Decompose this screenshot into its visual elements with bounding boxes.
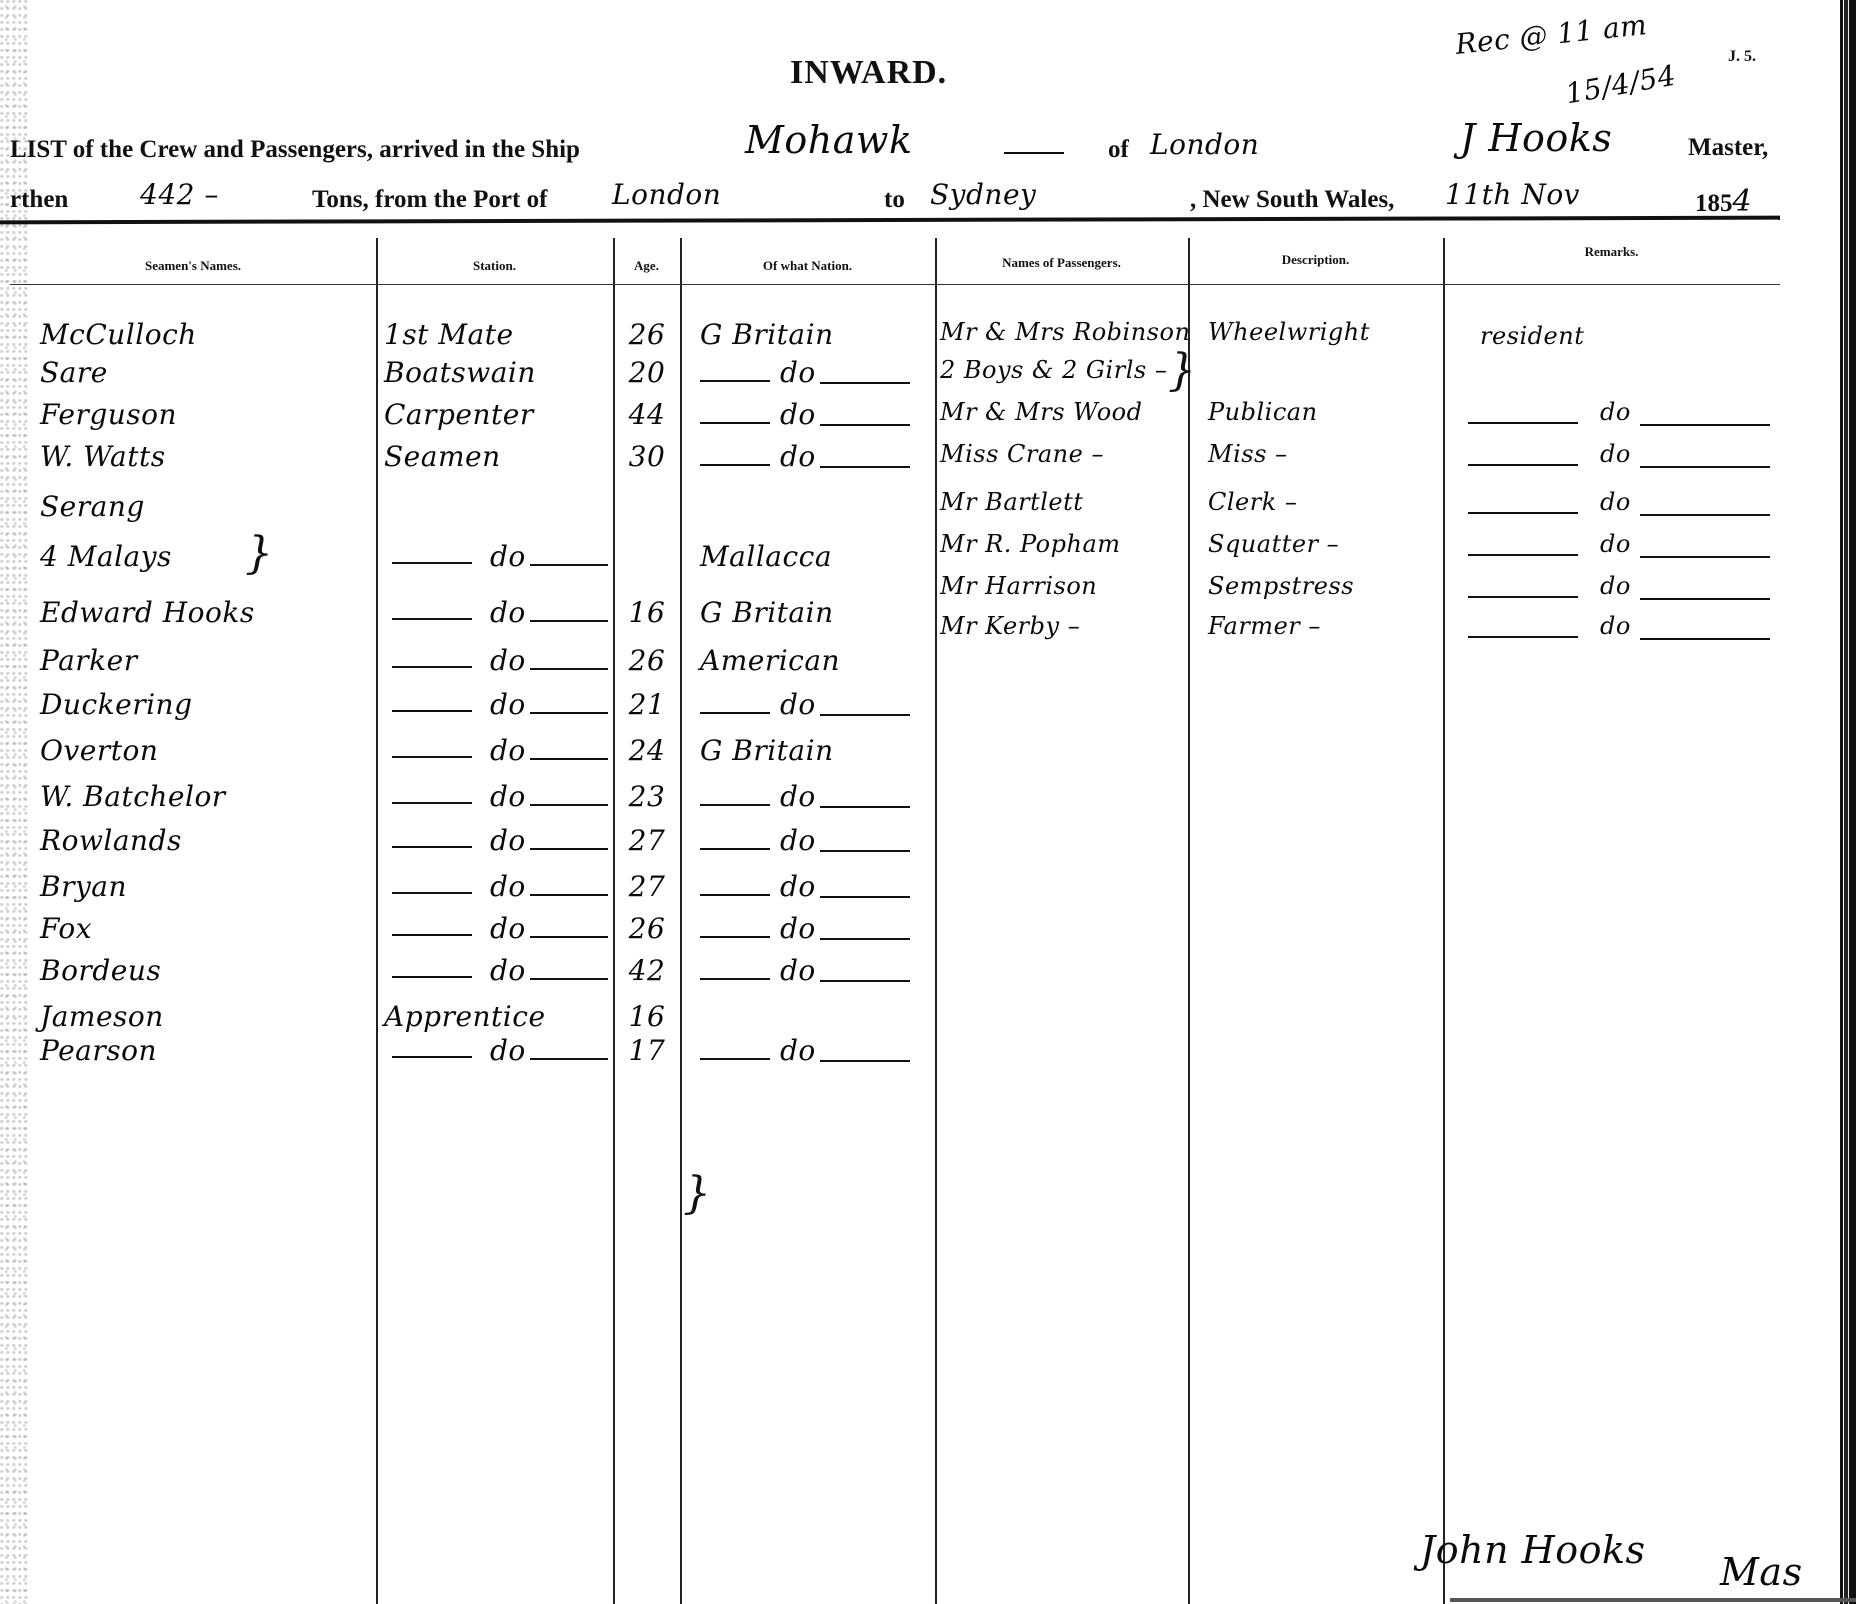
year-handwritten: 4 [1733, 184, 1753, 219]
seaman-name: W. Batchelor [40, 780, 226, 813]
passenger-name: Mr & Mrs Wood [940, 398, 1142, 426]
station: do [490, 912, 526, 945]
ditto-line [392, 562, 472, 564]
ditto-line [530, 894, 608, 896]
passenger-remarks: do [1600, 398, 1631, 426]
ship-home-port: London [1150, 128, 1259, 161]
age: 27 [616, 824, 678, 857]
ditto-line [700, 978, 770, 980]
port-from: London [612, 178, 721, 211]
master-label: Master, [1688, 134, 1768, 162]
ditto-line [1640, 514, 1770, 516]
ditto-line [820, 938, 910, 940]
ditto-line [820, 714, 910, 716]
ditto-line [700, 804, 770, 806]
station: do [490, 870, 526, 903]
age: 44 [616, 398, 678, 431]
passenger-description: Squatter – [1208, 530, 1339, 558]
station: do [490, 644, 526, 677]
col-divider [1188, 238, 1190, 1604]
colony-label: , New South Wales, [1190, 186, 1394, 214]
of-label: of [1108, 136, 1129, 164]
form-code: J. 5. [1728, 48, 1756, 66]
station: do [490, 824, 526, 857]
brace-apprentices: } [683, 1168, 711, 1219]
seaman-name: Bryan [40, 870, 127, 903]
ditto-line [700, 380, 770, 382]
ditto-line [700, 894, 770, 896]
ditto-line [820, 980, 910, 982]
station: Boatswain [384, 356, 612, 389]
ditto-line [392, 976, 472, 978]
ditto-line [530, 848, 608, 850]
passenger-remarks: resident [1480, 322, 1584, 350]
ditto-line [392, 802, 472, 804]
nation: do [780, 356, 816, 389]
ditto-line [820, 424, 910, 426]
ditto-line [530, 758, 608, 760]
tonnage: 442 – [140, 178, 219, 211]
station: Seamen [384, 440, 612, 473]
page-edge-speckle [0, 0, 28, 1604]
col-header-age: Age. [613, 258, 680, 274]
column-header-rule [10, 284, 1780, 285]
signature-title: Mas [1720, 1550, 1803, 1594]
ditto-line [700, 936, 770, 938]
ditto-line [820, 806, 910, 808]
nation: do [780, 688, 816, 721]
ditto-line [1640, 466, 1770, 468]
seaman-name: Ferguson [40, 398, 177, 431]
seaman-name: McCulloch [40, 318, 197, 351]
burthen-label: rthen [10, 186, 68, 214]
col-divider [680, 238, 682, 1604]
age: 30 [616, 440, 678, 473]
passenger-name: Mr Harrison [940, 572, 1097, 600]
nation: do [780, 954, 816, 987]
seaman-name: Parker [40, 644, 138, 677]
ditto-line [700, 464, 770, 466]
form-title: INWARD. [790, 54, 947, 92]
ditto-line [820, 1060, 910, 1062]
seaman-name: Fox [40, 912, 92, 945]
seaman-name: Bordeus [40, 954, 161, 987]
ditto-line [530, 620, 608, 622]
nation: do [780, 1034, 816, 1067]
ditto-line [530, 978, 608, 980]
ditto-line [1468, 596, 1578, 598]
passenger-name: Mr Bartlett [940, 488, 1083, 516]
age: 16 [616, 596, 678, 629]
passenger-description: Farmer – [1208, 612, 1321, 640]
ditto-line [530, 564, 608, 566]
col-header-passengers: Names of Passengers. [935, 255, 1188, 271]
col-header-seamen: Seamen's Names. [10, 258, 376, 274]
passenger-name: Miss Crane – [940, 440, 1104, 468]
passenger-remarks: do [1600, 530, 1631, 558]
ditto-line [392, 756, 472, 758]
seaman-name: Rowlands [40, 824, 182, 857]
nation: do [780, 780, 816, 813]
master-signature: John Hooks [1420, 1528, 1646, 1572]
seaman-name: 4 Malays [40, 540, 172, 573]
ditto-line [700, 1058, 770, 1060]
ditto-line [392, 618, 472, 620]
station: do [490, 780, 526, 813]
col-header-station: Station. [376, 258, 613, 274]
station: Apprentice [384, 1000, 612, 1033]
ditto-line [392, 666, 472, 668]
nation: G Britain [700, 596, 930, 629]
seaman-name: Jameson [40, 1000, 164, 1033]
age: 27 [616, 870, 678, 903]
year: 1854 [1695, 184, 1752, 219]
age: 42 [616, 954, 678, 987]
age: 23 [616, 780, 678, 813]
seaman-name: Overton [40, 734, 158, 767]
brace-robinson-family: } [1168, 345, 1196, 396]
ditto-line [530, 668, 608, 670]
nation: do [780, 912, 816, 945]
ditto-line [392, 892, 472, 894]
age: 26 [616, 318, 678, 351]
ditto-line [820, 466, 910, 468]
ditto-line [392, 934, 472, 936]
passenger-description: Miss – [1208, 440, 1288, 468]
age: 21 [616, 688, 678, 721]
seaman-name: Duckering [40, 688, 193, 721]
ditto-line [820, 382, 910, 384]
ship-name: Mohawk [745, 118, 912, 162]
age: 16 [616, 1000, 678, 1033]
station: do [490, 1034, 526, 1067]
col-divider [613, 238, 615, 1604]
year-printed: 185 [1695, 190, 1733, 217]
received-note: Rec @ 11 am [1454, 8, 1649, 61]
port-to: Sydney [930, 178, 1036, 211]
ditto-line [700, 848, 770, 850]
age: 26 [616, 912, 678, 945]
nation: G Britain [700, 318, 930, 351]
ditto-line [392, 1056, 472, 1058]
ditto-line [1468, 512, 1578, 514]
station: do [490, 954, 526, 987]
ditto-line [1640, 638, 1770, 640]
ditto-line [392, 710, 472, 712]
nation: do [780, 870, 816, 903]
station: do [490, 688, 526, 721]
seaman-name: Pearson [40, 1034, 157, 1067]
passenger-description: Publican [1208, 398, 1318, 426]
age: 17 [616, 1034, 678, 1067]
ditto-line [530, 804, 608, 806]
ditto-line [700, 422, 770, 424]
ditto-line [700, 712, 770, 714]
station: Carpenter [384, 398, 612, 431]
nation: American [700, 644, 930, 677]
ditto-line [530, 1058, 608, 1060]
col-divider [935, 238, 937, 1604]
passenger-name: Mr R. Popham [940, 530, 1121, 558]
seaman-name: W. Watts [40, 440, 166, 473]
seaman-name: Serang [40, 490, 145, 523]
col-header-description: Description. [1188, 252, 1443, 268]
arrival-date: 11th Nov [1445, 178, 1580, 211]
nation: do [780, 824, 816, 857]
col-divider [1443, 238, 1445, 1604]
age: 20 [616, 356, 678, 389]
ditto-line [1640, 598, 1770, 600]
header-rule [0, 216, 1780, 225]
passenger-name: Mr Kerby – [940, 612, 1080, 640]
station: do [490, 540, 526, 573]
ditto-line [1468, 636, 1578, 638]
ditto-line [1468, 464, 1578, 466]
col-divider [376, 238, 378, 1604]
ditto-line [820, 896, 910, 898]
nation: G Britain [700, 734, 930, 767]
passenger-description: Wheelwright [1208, 318, 1370, 346]
ditto-line [1468, 422, 1578, 424]
binding-strip [1840, 0, 1856, 1604]
age: 26 [616, 644, 678, 677]
passenger-remarks: do [1600, 572, 1631, 600]
ditto-line [1640, 424, 1770, 426]
passenger-remarks: do [1600, 440, 1631, 468]
tons-label: Tons, from the Port of [312, 186, 547, 214]
age: 24 [616, 734, 678, 767]
col-header-nation: Of what Nation. [680, 258, 935, 274]
station: 1st Mate [384, 318, 612, 351]
nation: Mallacca [700, 540, 930, 573]
col-header-remarks: Remarks. [1443, 244, 1780, 260]
passenger-name: 2 Boys & 2 Girls – [940, 356, 1167, 384]
ditto-line [1468, 554, 1578, 556]
passenger-remarks: do [1600, 488, 1631, 516]
passenger-description: Sempstress [1208, 572, 1354, 600]
passenger-remarks: do [1600, 612, 1631, 640]
passenger-description: Clerk – [1208, 488, 1297, 516]
ditto-line [1640, 556, 1770, 558]
brace-serang-malays: } [245, 528, 273, 579]
ditto-line [530, 712, 608, 714]
passenger-name: Mr & Mrs Robinson [940, 318, 1190, 346]
ditto-line [392, 846, 472, 848]
dash [1004, 152, 1064, 154]
nation: do [780, 440, 816, 473]
list-heading: LIST of the Crew and Passengers, arrived… [10, 136, 580, 164]
station: do [490, 734, 526, 767]
nation: do [780, 398, 816, 431]
bottom-smudge [1450, 1598, 1856, 1602]
seaman-name: Edward Hooks [40, 596, 255, 629]
to-label: to [884, 186, 905, 214]
master-name: J Hooks [1460, 116, 1612, 160]
ditto-line [530, 936, 608, 938]
ditto-line [820, 850, 910, 852]
seaman-name: Sare [40, 356, 108, 389]
station: do [490, 596, 526, 629]
received-date: 15/4/54 [1563, 59, 1678, 111]
